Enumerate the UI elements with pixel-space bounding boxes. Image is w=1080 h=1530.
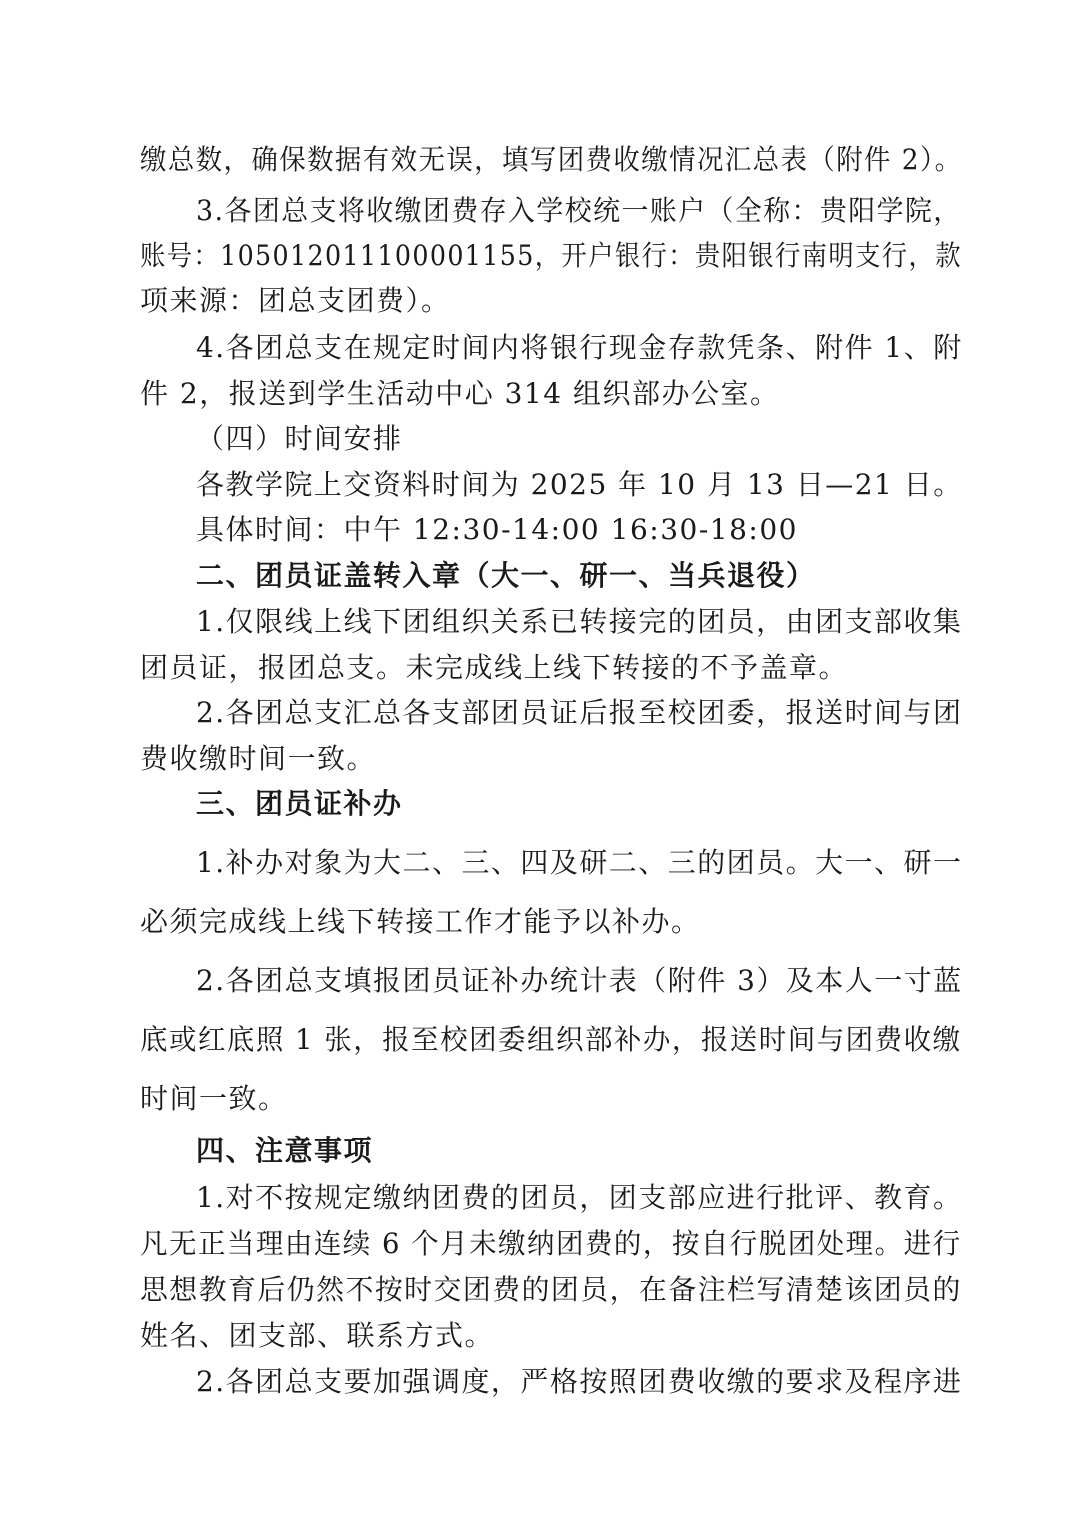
text-line: 2.各团总支填报团员证补办统计表（附件 3）及本人一寸蓝: [196, 963, 963, 999]
text-line: 1.补办对象为大二、三、四及研二、三的团员。大一、研一: [196, 845, 962, 881]
text-line: 姓名、团支部、联系方式。: [140, 1318, 494, 1354]
text-line: 项来源：团总支团费）。: [140, 283, 451, 319]
text-line: 时间一致。: [140, 1081, 288, 1117]
text-line: 1.对不按规定缴纳团费的团员，团支部应进行批评、教育。: [196, 1180, 962, 1216]
text-line: 具体时间：中午 12:30-14:00 16:30-18:00: [196, 512, 798, 548]
text-line: 3.各团总支将收缴团费存入学校统一账户（全称：贵阳学院，: [196, 193, 962, 229]
text-line: 各教学院上交资料时间为 2025 年 10 月 13 日—21 日。: [196, 467, 963, 503]
section-heading: 三、团员证补办: [196, 786, 403, 822]
text-line: 思想教育后仍然不按时交团费的团员，在备注栏写清楚该团员的: [140, 1272, 962, 1308]
text-line: 4.各团总支在规定时间内将银行现金存款凭条、附件 1、附: [196, 330, 963, 366]
text-line: 2.各团总支要加强调度，严格按照团费收缴的要求及程序进: [196, 1364, 962, 1400]
section-heading: 四、注意事项: [196, 1133, 373, 1169]
text-line: 底或红底照 1 张，报至校团委组织部补办，报送时间与团费收缴: [140, 1022, 962, 1058]
text-line: 缴总数，确保数据有效无误，填写团费收缴情况汇总表（附件 2）。: [140, 142, 962, 178]
section-heading: 二、团员证盖转入章（大一、研一、当兵退役）: [196, 558, 816, 594]
text-line: 凡无正当理由连续 6 个月未缴纳团费的，按自行脱团处理。进行: [140, 1226, 962, 1262]
text-line: 2.各团总支汇总各支部团员证后报至校团委，报送时间与团: [196, 695, 962, 731]
text-line: 必须完成线上线下转接工作才能予以补办。: [140, 904, 701, 940]
text-line: 费收缴时间一致。: [140, 741, 376, 777]
text-line: 团员证，报团总支。未完成线上线下转接的不予盖章。: [140, 650, 848, 686]
text-line: 账号：105012011100001155，开户银行：贵阳银行南明支行，款: [140, 238, 962, 274]
section-subheading: （四）时间安排: [196, 421, 403, 457]
text-line: 件 2，报送到学生活动中心 314 组织部办公室。: [140, 376, 779, 412]
text-line: 1.仅限线上线下团组织关系已转接完的团员，由团支部收集: [196, 604, 962, 640]
